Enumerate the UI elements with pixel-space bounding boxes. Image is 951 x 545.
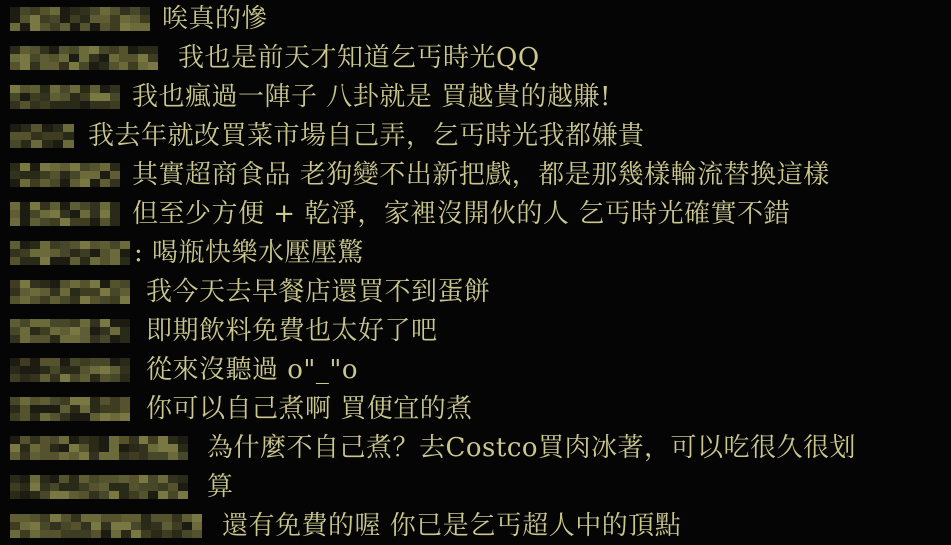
comment-row: 唉真的慘 (0, 0, 951, 39)
pixelated-username (10, 436, 188, 460)
comment-text: 但至少方便 + 乾淨，家裡沒開伙的人 乞丐時光確實不錯 (132, 198, 790, 230)
comment-text: 你可以自己煮啊 買便宜的煮 (146, 393, 473, 425)
comment-row: 算 (0, 468, 951, 507)
comment-text: 其實超商食品 老狗變不出新把戲，都是那幾樣輪流替換這樣 (132, 159, 830, 191)
comment-row: : 喝瓶快樂水壓壓驚 (0, 234, 951, 273)
pixelated-username (10, 241, 130, 265)
comment-text: 為什麼不自己煮？去Costco買肉冰著，可以吃很久很划 (207, 432, 856, 464)
pixelated-username (10, 124, 74, 148)
comment-row: 我今天去早餐店還買不到蛋餅 (0, 273, 951, 312)
comment-text: 即期飲料免費也太好了吧 (146, 315, 438, 347)
pixelated-username (10, 7, 150, 31)
pixelated-username (10, 280, 130, 304)
pixelated-username (10, 358, 130, 382)
comment-row: 即期飲料免費也太好了吧 (0, 312, 951, 351)
comment-text: 從來沒聽過 o"_"o (146, 354, 358, 386)
comment-row: 我也是前天才知道乞丐時光QQ (0, 39, 951, 78)
pixelated-username (10, 85, 120, 109)
pixelated-username (10, 163, 120, 187)
comment-row: 從來沒聽過 o"_"o (0, 351, 951, 390)
pixelated-username (10, 397, 130, 421)
comment-thread: 唉真的慘我也是前天才知道乞丐時光QQ我也瘋過一陣子 八卦就是 買越貴的越賺!我去… (0, 0, 951, 545)
pixelated-username (10, 46, 158, 70)
comment-row: 還有免費的喔 你已是乞丐超人中的頂點 (0, 507, 951, 545)
comment-text: 算 (207, 471, 234, 503)
pixelated-username (10, 319, 130, 343)
comment-row: 我也瘋過一陣子 八卦就是 買越貴的越賺! (0, 78, 951, 117)
comment-text: 我去年就改買菜市場自己弄，乞丐時光我都嫌貴 (88, 120, 645, 152)
comment-text: 還有免費的喔 你已是乞丐超人中的頂點 (222, 510, 681, 542)
comment-row: 其實超商食品 老狗變不出新把戲，都是那幾樣輪流替換這樣 (0, 156, 951, 195)
comment-text: : 喝瓶快樂水壓壓驚 (134, 237, 364, 269)
comment-row: 我去年就改買菜市場自己弄，乞丐時光我都嫌貴 (0, 117, 951, 156)
comment-row: 但至少方便 + 乾淨，家裡沒開伙的人 乞丐時光確實不錯 (0, 195, 951, 234)
comment-text: 我也是前天才知道乞丐時光QQ (178, 42, 540, 74)
pixelated-username (10, 202, 120, 226)
comment-row: 你可以自己煮啊 買便宜的煮 (0, 390, 951, 429)
comment-text: 唉真的慘 (162, 3, 268, 35)
pixelated-username (10, 514, 202, 538)
comment-text: 我今天去早餐店還買不到蛋餅 (146, 276, 491, 308)
pixelated-username (10, 475, 188, 499)
comment-text: 我也瘋過一陣子 八卦就是 買越貴的越賺! (132, 81, 611, 113)
comment-row: 為什麼不自己煮？去Costco買肉冰著，可以吃很久很划 (0, 429, 951, 468)
